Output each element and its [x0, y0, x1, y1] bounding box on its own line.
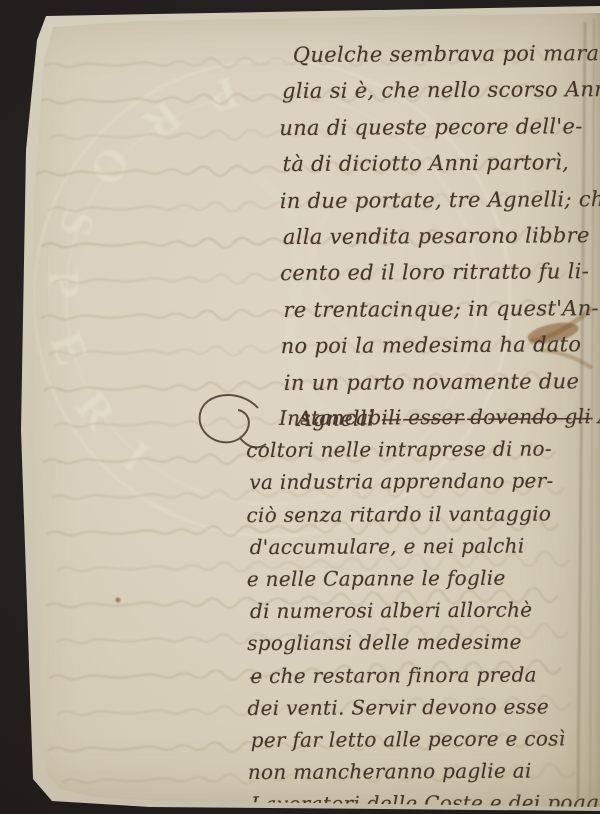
manuscript-line: re trentacinque; in quest'An-: [283, 290, 600, 328]
manuscript-line: dei venti. Servir devono esse: [247, 690, 600, 724]
manuscript-line: tà di diciotto Anni partorì,: [282, 144, 600, 182]
manuscript-line: spogliansi delle medesime: [247, 625, 600, 659]
manuscript-line: no poi la medesima ha dato: [281, 326, 600, 365]
paper-fleck: [116, 598, 121, 603]
manuscript-line: per far letto alle pecore e così: [251, 722, 600, 756]
manuscript-line: glia si è, che nello scorso Anno: [282, 71, 600, 109]
paragraph-2: Instancabili esser dovendo gli Agri- col…: [249, 400, 600, 814]
manuscript-line: alla vendita pesarono libbre: [283, 217, 600, 255]
manuscript-line-struck-word: e̶ che restaron finora preda: [250, 657, 600, 691]
manuscript-line: ciò senza ritardo il vantaggio: [246, 497, 600, 531]
paragraph-1: Quelche sembrava poi maravi- glia si è, …: [282, 35, 600, 437]
manuscript-page: PROSPERI: [0, 0, 600, 814]
manuscript-line: cento ed il loro ritratto fu li-: [280, 253, 600, 292]
manuscript-line: in un parto novamente due: [284, 362, 600, 400]
manuscript-line: Instancabili esser dovendo gli Agri-: [249, 400, 600, 434]
manuscript-line: coltori nelle intraprese di no-: [246, 432, 600, 466]
manuscript-line: di numerosi alberi allorchè: [250, 593, 600, 627]
manuscript-line: e nelle Capanne le foglie: [247, 561, 600, 595]
manuscript-scan: PROSPERI: [0, 0, 600, 814]
manuscript-line: una di queste pecore dell'e-: [279, 108, 600, 147]
manuscript-line: Quelche sembrava poi maravi-: [279, 35, 600, 74]
manuscript-line: d'accumulare, e nei palchi: [250, 529, 600, 563]
manuscript-line: in due portate, tre Agnelli; che: [280, 181, 600, 220]
manuscript-line: va industria apprendano per-: [249, 464, 600, 498]
manuscript-line: non mancheranno paglie ai: [248, 754, 600, 788]
